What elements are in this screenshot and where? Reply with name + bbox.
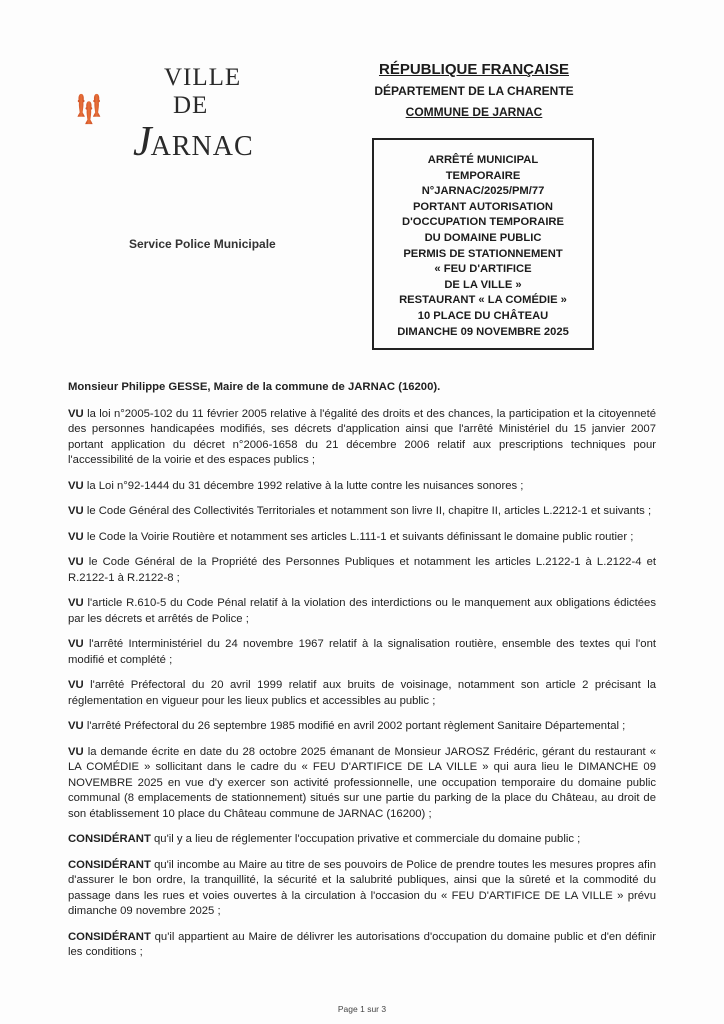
decree-title-line: DIMANCHE 09 NOVEMBRE 2025 — [374, 325, 592, 341]
paragraph-text: l'arrêté Préfectoral du 26 septembre 198… — [84, 720, 626, 732]
considerant-paragraph: CONSIDÉRANT qu'il incombe au Maire au ti… — [68, 858, 656, 920]
paragraph-text: la demande écrite en date du 28 octobre … — [68, 746, 656, 820]
paragraph-text: qu'il y a lieu de réglementer l'occupati… — [151, 833, 580, 845]
paragraph-lead: CONSIDÉRANT — [68, 833, 151, 845]
vu-paragraph: VU le Code Général de la Propriété des P… — [68, 555, 656, 586]
decree-title-line: DE LA VILLE » — [374, 278, 592, 294]
decree-title-line: ARRÊTÉ MUNICIPAL — [374, 153, 592, 169]
paragraph-list: VU la loi n°2005-102 du 11 février 2005 … — [68, 407, 656, 961]
paragraph-text: le Code la Voirie Routière et notamment … — [84, 531, 634, 543]
paragraph-lead: VU — [68, 720, 84, 732]
decree-title-line: DU DOMAINE PUBLIC — [374, 231, 592, 247]
paragraph-lead: VU — [68, 679, 84, 691]
paragraph-text: qu'il appartient au Maire de délivrer le… — [68, 931, 656, 959]
vu-paragraph: VU le Code Général des Collectivités Ter… — [68, 504, 656, 520]
decree-title-line: 10 PLACE DU CHÂTEAU — [374, 309, 592, 325]
vu-paragraph: VU le Code la Voirie Routière et notamme… — [68, 530, 656, 546]
paragraph-lead: VU — [68, 746, 84, 758]
paragraph-lead: VU — [68, 408, 84, 420]
republic-heading: RÉPUBLIQUE FRANÇAISE — [360, 61, 588, 78]
paragraph-lead: CONSIDÉRANT — [68, 859, 151, 871]
decree-title-line: « FEU D'ARTIFICE — [374, 262, 592, 278]
paragraph-text: le Code Général des Collectivités Territ… — [84, 505, 651, 517]
logo-ville: VILLE — [164, 64, 241, 92]
vu-paragraph: VU l'arrêté Préfectoral du 26 septembre … — [68, 719, 656, 735]
paragraph-lead: VU — [68, 556, 84, 568]
considerant-paragraph: CONSIDÉRANT qu'il y a lieu de réglemente… — [68, 832, 656, 848]
decree-title-line: PERMIS DE STATIONNEMENT — [374, 247, 592, 263]
paragraph-lead: CONSIDÉRANT — [68, 931, 151, 943]
considerant-paragraph: CONSIDÉRANT qu'il appartient au Maire de… — [68, 930, 656, 961]
decree-title-line: TEMPORAIRE — [374, 169, 592, 185]
paragraph-text: la Loi n°92-1444 du 31 décembre 1992 rel… — [84, 480, 524, 492]
paragraph-lead: VU — [68, 480, 84, 492]
vu-paragraph: VU la loi n°2005-102 du 11 février 2005 … — [68, 407, 656, 469]
paragraph-lead: VU — [68, 505, 84, 517]
decree-title-box: ARRÊTÉ MUNICIPALTEMPORAIREN°JARNAC/2025/… — [372, 138, 594, 350]
decree-title-line: PORTANT AUTORISATION — [374, 200, 592, 216]
paragraph-lead: VU — [68, 638, 84, 650]
decree-title-line: RESTAURANT « LA COMÉDIE » — [374, 293, 592, 309]
decree-title-line: D'OCCUPATION TEMPORAIRE — [374, 215, 592, 231]
service-label: Service Police Municipale — [129, 237, 276, 251]
vu-paragraph: VU la Loi n°92-1444 du 31 décembre 1992 … — [68, 479, 656, 495]
logo-de: DE — [173, 92, 208, 120]
paragraph-text: la loi n°2005-102 du 11 février 2005 rel… — [68, 408, 656, 467]
paragraph-text: l'article R.610-5 du Code Pénal relatif … — [68, 597, 656, 625]
paragraph-lead: VU — [68, 531, 84, 543]
vu-paragraph: VU l'article R.610-5 du Code Pénal relat… — [68, 596, 656, 627]
mayor-intro: Monsieur Philippe GESSE, Maire de la com… — [68, 380, 656, 396]
decree-title-lines: ARRÊTÉ MUNICIPALTEMPORAIREN°JARNAC/2025/… — [374, 153, 592, 340]
paragraph-text: qu'il incombe au Maire au titre de ses p… — [68, 859, 656, 918]
paragraph-text: le Code Général de la Propriété des Pers… — [68, 556, 656, 584]
decree-title-line: N°JARNAC/2025/PM/77 — [374, 184, 592, 200]
department-heading: DÉPARTEMENT DE LA CHARENTE — [360, 84, 588, 98]
page-number: Page 1 sur 3 — [0, 1004, 724, 1014]
logo-jarnac: JARNAC — [133, 118, 254, 166]
document-body: Monsieur Philippe GESSE, Maire de la com… — [68, 380, 656, 971]
commune-heading: COMMUNE DE JARNAC — [360, 105, 588, 119]
paragraph-text: l'arrêté Interministériel du 24 novembre… — [68, 638, 656, 666]
vu-paragraph: VU l'arrêté Interministériel du 24 novem… — [68, 637, 656, 668]
paragraph-lead: VU — [68, 597, 84, 609]
logo-rest: ARNAC — [151, 131, 254, 162]
vu-paragraph: VU l'arrêté Préfectoral du 20 avril 1999… — [68, 678, 656, 709]
paragraph-text: l'arrêté Préfectoral du 20 avril 1999 re… — [68, 679, 656, 707]
vu-paragraph: VU la demande écrite en date du 28 octob… — [68, 745, 656, 823]
